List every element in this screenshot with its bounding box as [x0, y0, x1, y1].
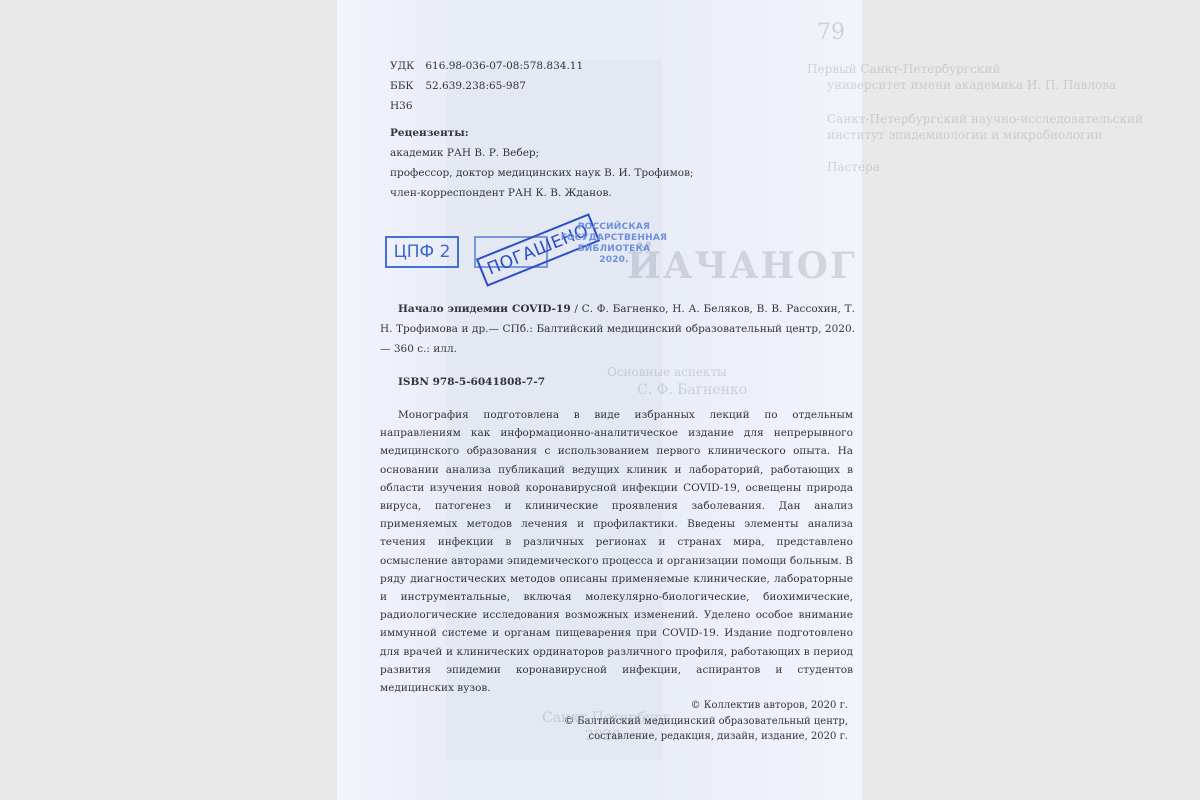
- library-stamp: РОССИЙСКАЯ ГОСУДАРСТВЕННАЯ БИБЛИОТЕКА 20…: [559, 222, 669, 266]
- copyright-line: составление, редакция, дизайн, издание, …: [564, 729, 848, 745]
- show-through-line: Пастера: [827, 160, 880, 174]
- book-title: Начало эпидемии COVID-19: [398, 303, 571, 315]
- reviewers-block: Рецензенты: академик РАН В. Р. Вебер; пр…: [390, 123, 694, 203]
- reviewer-item: профессор, доктор медицинских наук В. И.…: [390, 163, 694, 183]
- udk-label: УДК: [390, 56, 422, 76]
- show-through-line: Первый Санкт-Петербургский: [807, 62, 1000, 76]
- scanned-page: 79 Первый Санкт-Петербургский университе…: [337, 0, 862, 800]
- bbk-line: ББК 52.639.238:65-987: [390, 76, 583, 96]
- udk-line: УДК 616.98-036-07-08:578.834.11: [390, 56, 583, 76]
- library-stamp-line: РОССИЙСКАЯ: [559, 222, 669, 233]
- reviewer-item: академик РАН В. Р. Вебер;: [390, 143, 694, 163]
- copyright-line: © Балтийский медицинский образовательный…: [564, 714, 848, 730]
- reviewer-item: член-корреспондент РАН К. В. Жданов.: [390, 183, 694, 203]
- bbk-label: ББК: [390, 76, 422, 96]
- library-stamp-line: ГОСУДАРСТВЕННАЯ: [559, 233, 669, 244]
- udk-value: 616.98-036-07-08:578.834.11: [425, 60, 583, 72]
- show-through-page-number: 79: [817, 20, 845, 45]
- isbn: ISBN 978-5-6041808-7-7: [398, 376, 545, 388]
- author-mark: Н36: [390, 96, 583, 116]
- show-through-line: Санкт-Петербургский научно-исследователь…: [827, 112, 1143, 126]
- bbk-value: 52.639.238:65-987: [425, 80, 526, 92]
- show-through-line: университет имени академика И. П. Павлов…: [827, 78, 1116, 92]
- copyright-block: © Коллектив авторов, 2020 г. © Балтийски…: [564, 698, 848, 745]
- library-stamp-line: БИБЛИОТЕКА: [559, 244, 669, 255]
- classification-block: УДК 616.98-036-07-08:578.834.11 ББК 52.6…: [390, 56, 583, 116]
- bibliographic-record: Начало эпидемии COVID-19 / С. Ф. Багненк…: [380, 299, 855, 359]
- show-through-line: Основные аспекты: [607, 365, 727, 379]
- show-through-line: С. Ф. Багненко: [637, 382, 747, 398]
- reviewers-heading: Рецензенты:: [390, 123, 694, 143]
- copyright-line: © Коллектив авторов, 2020 г.: [564, 698, 848, 714]
- cpf-stamp: ЦПФ 2: [385, 236, 459, 268]
- show-through-line: институт эпидемиологии и микробиологии: [827, 128, 1102, 142]
- abstract-paragraph: Монография подготовлена в виде избранных…: [380, 406, 853, 697]
- library-stamp-line: 2020.: [559, 255, 669, 266]
